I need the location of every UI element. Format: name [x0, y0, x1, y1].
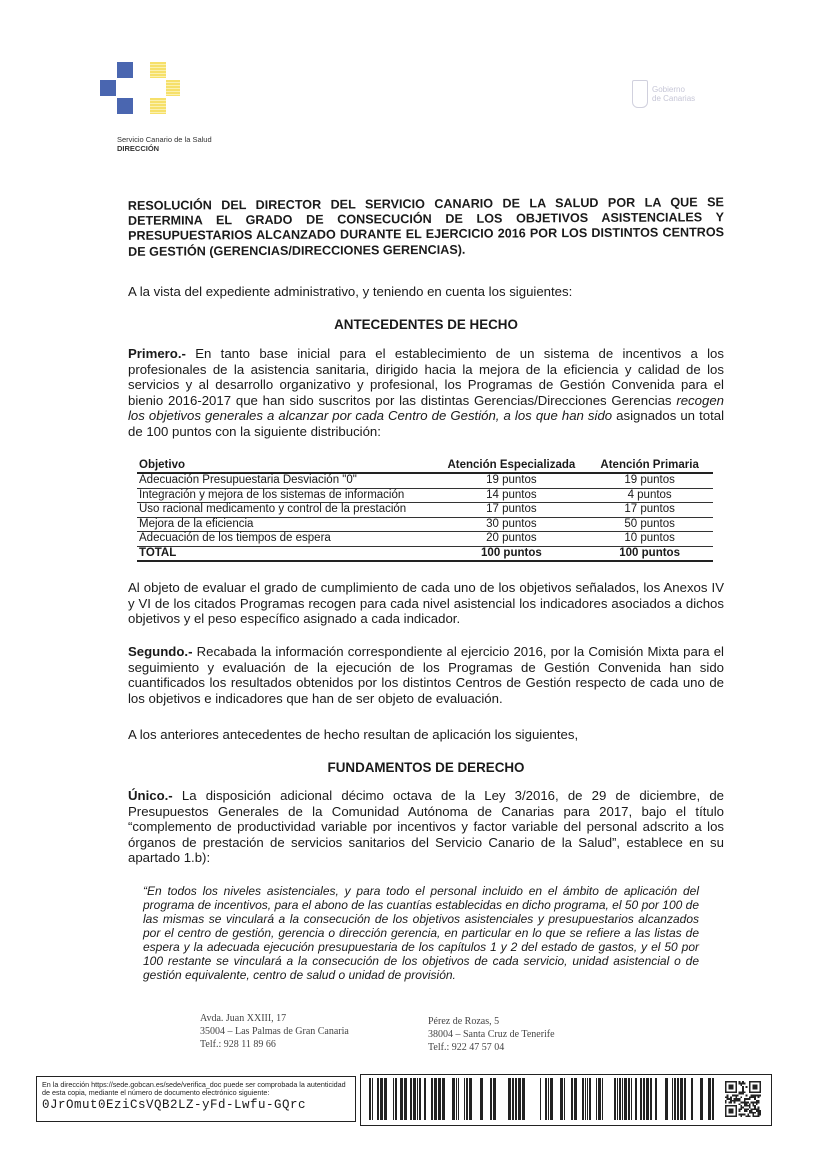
cell-objetivo: Adecuación de los tiempos de espera: [137, 532, 437, 547]
cell-primaria: 50 puntos: [586, 517, 713, 532]
cell-especializada: 14 puntos: [437, 488, 587, 503]
cell-objetivo: Mejora de la eficiencia: [137, 517, 437, 532]
document-code: 0JrOmut0EziCsVQB2LZ-yFd-Lwfu-GQrc: [42, 1098, 350, 1112]
points-distribution-table: Objetivo Atención Especializada Atención…: [137, 458, 713, 562]
cell-total: TOTAL: [137, 546, 437, 561]
document-title: RESOLUCIÓN DEL DIRECTOR DEL SERVICIO CAN…: [128, 195, 724, 259]
header-primaria: Atención Primaria: [586, 458, 713, 473]
cell-objetivo: Adecuación Presupuestaria Desviación "0": [137, 473, 437, 488]
table-total-row: TOTAL100 puntos100 puntos: [137, 546, 713, 561]
header-especializada: Atención Especializada: [437, 458, 587, 473]
table-row: Adecuación de los tiempos de espera20 pu…: [137, 532, 713, 547]
cell-especializada: 19 puntos: [437, 473, 587, 488]
cell-primaria: 19 puntos: [586, 473, 713, 488]
paragraph-after-table: Al objeto de evaluar el grado de cumplim…: [128, 580, 724, 627]
barcode-icon: [369, 1078, 714, 1120]
legal-quote: “En todos los niveles asistenciales, y p…: [143, 884, 699, 982]
address-tenerife: Pérez de Rozas, 5 38004 – Santa Cruz de …: [428, 1015, 555, 1054]
cell-primaria: 4 puntos: [586, 488, 713, 503]
table-header-row: Objetivo Atención Especializada Atención…: [137, 458, 713, 473]
cell-total: 100 puntos: [437, 546, 587, 561]
address-las-palmas: Avda. Juan XXIII, 17 35004 – Las Palmas …: [200, 1012, 349, 1051]
government-logo: Gobierno de Canarias: [632, 80, 695, 108]
qr-code-icon: [725, 1081, 761, 1117]
paragraph-segundo: Segundo.- Recabada la información corres…: [128, 644, 724, 706]
unico-label: Único.-: [128, 788, 173, 803]
organization-label: Servicio Canario de la Salud: [117, 135, 212, 144]
paragraph-unico: Único.- La disposición adicional décimo …: [128, 788, 724, 866]
segundo-label: Segundo.-: [128, 644, 192, 659]
closing-antecedentes: A los anteriores antecedentes de hecho r…: [128, 727, 724, 743]
cell-especializada: 30 puntos: [437, 517, 587, 532]
header-objetivo: Objetivo: [137, 458, 437, 473]
cell-especializada: 20 puntos: [437, 532, 587, 547]
verification-box: En la dirección https://sede.gobcan.es/s…: [36, 1076, 356, 1122]
cell-objetivo: Uso racional medicamento y control de la…: [137, 503, 437, 518]
cell-especializada: 17 puntos: [437, 503, 587, 518]
paragraph-primero: Primero.- En tanto base inicial para el …: [128, 346, 724, 440]
cell-primaria: 10 puntos: [586, 532, 713, 547]
section-heading-antecedentes: ANTECEDENTES DE HECHO: [128, 317, 724, 332]
primero-label: Primero.-: [128, 346, 186, 361]
table-row: Integración y mejora de los sistemas de …: [137, 488, 713, 503]
gov-line2: de Canarias: [652, 94, 695, 103]
barcode-box: [360, 1074, 772, 1126]
coat-of-arms-icon: [632, 80, 648, 108]
cell-primaria: 17 puntos: [586, 503, 713, 518]
section-heading-fundamentos: FUNDAMENTOS DE DERECHO: [128, 760, 724, 775]
table-row: Adecuación Presupuestaria Desviación "0"…: [137, 473, 713, 488]
intro-text: A la vista del expediente administrativo…: [128, 284, 724, 300]
gov-line1: Gobierno: [652, 85, 695, 94]
verification-text: En la dirección https://sede.gobcan.es/s…: [42, 1081, 350, 1097]
department-label: DIRECCIÓN: [117, 144, 212, 153]
cell-objetivo: Integración y mejora de los sistemas de …: [137, 488, 437, 503]
cell-total: 100 puntos: [586, 546, 713, 561]
scs-logo: [100, 62, 170, 120]
organization-name: Servicio Canario de la Salud DIRECCIÓN: [117, 135, 212, 153]
table-row: Uso racional medicamento y control de la…: [137, 503, 713, 518]
table-row: Mejora de la eficiencia30 puntos50 punto…: [137, 517, 713, 532]
